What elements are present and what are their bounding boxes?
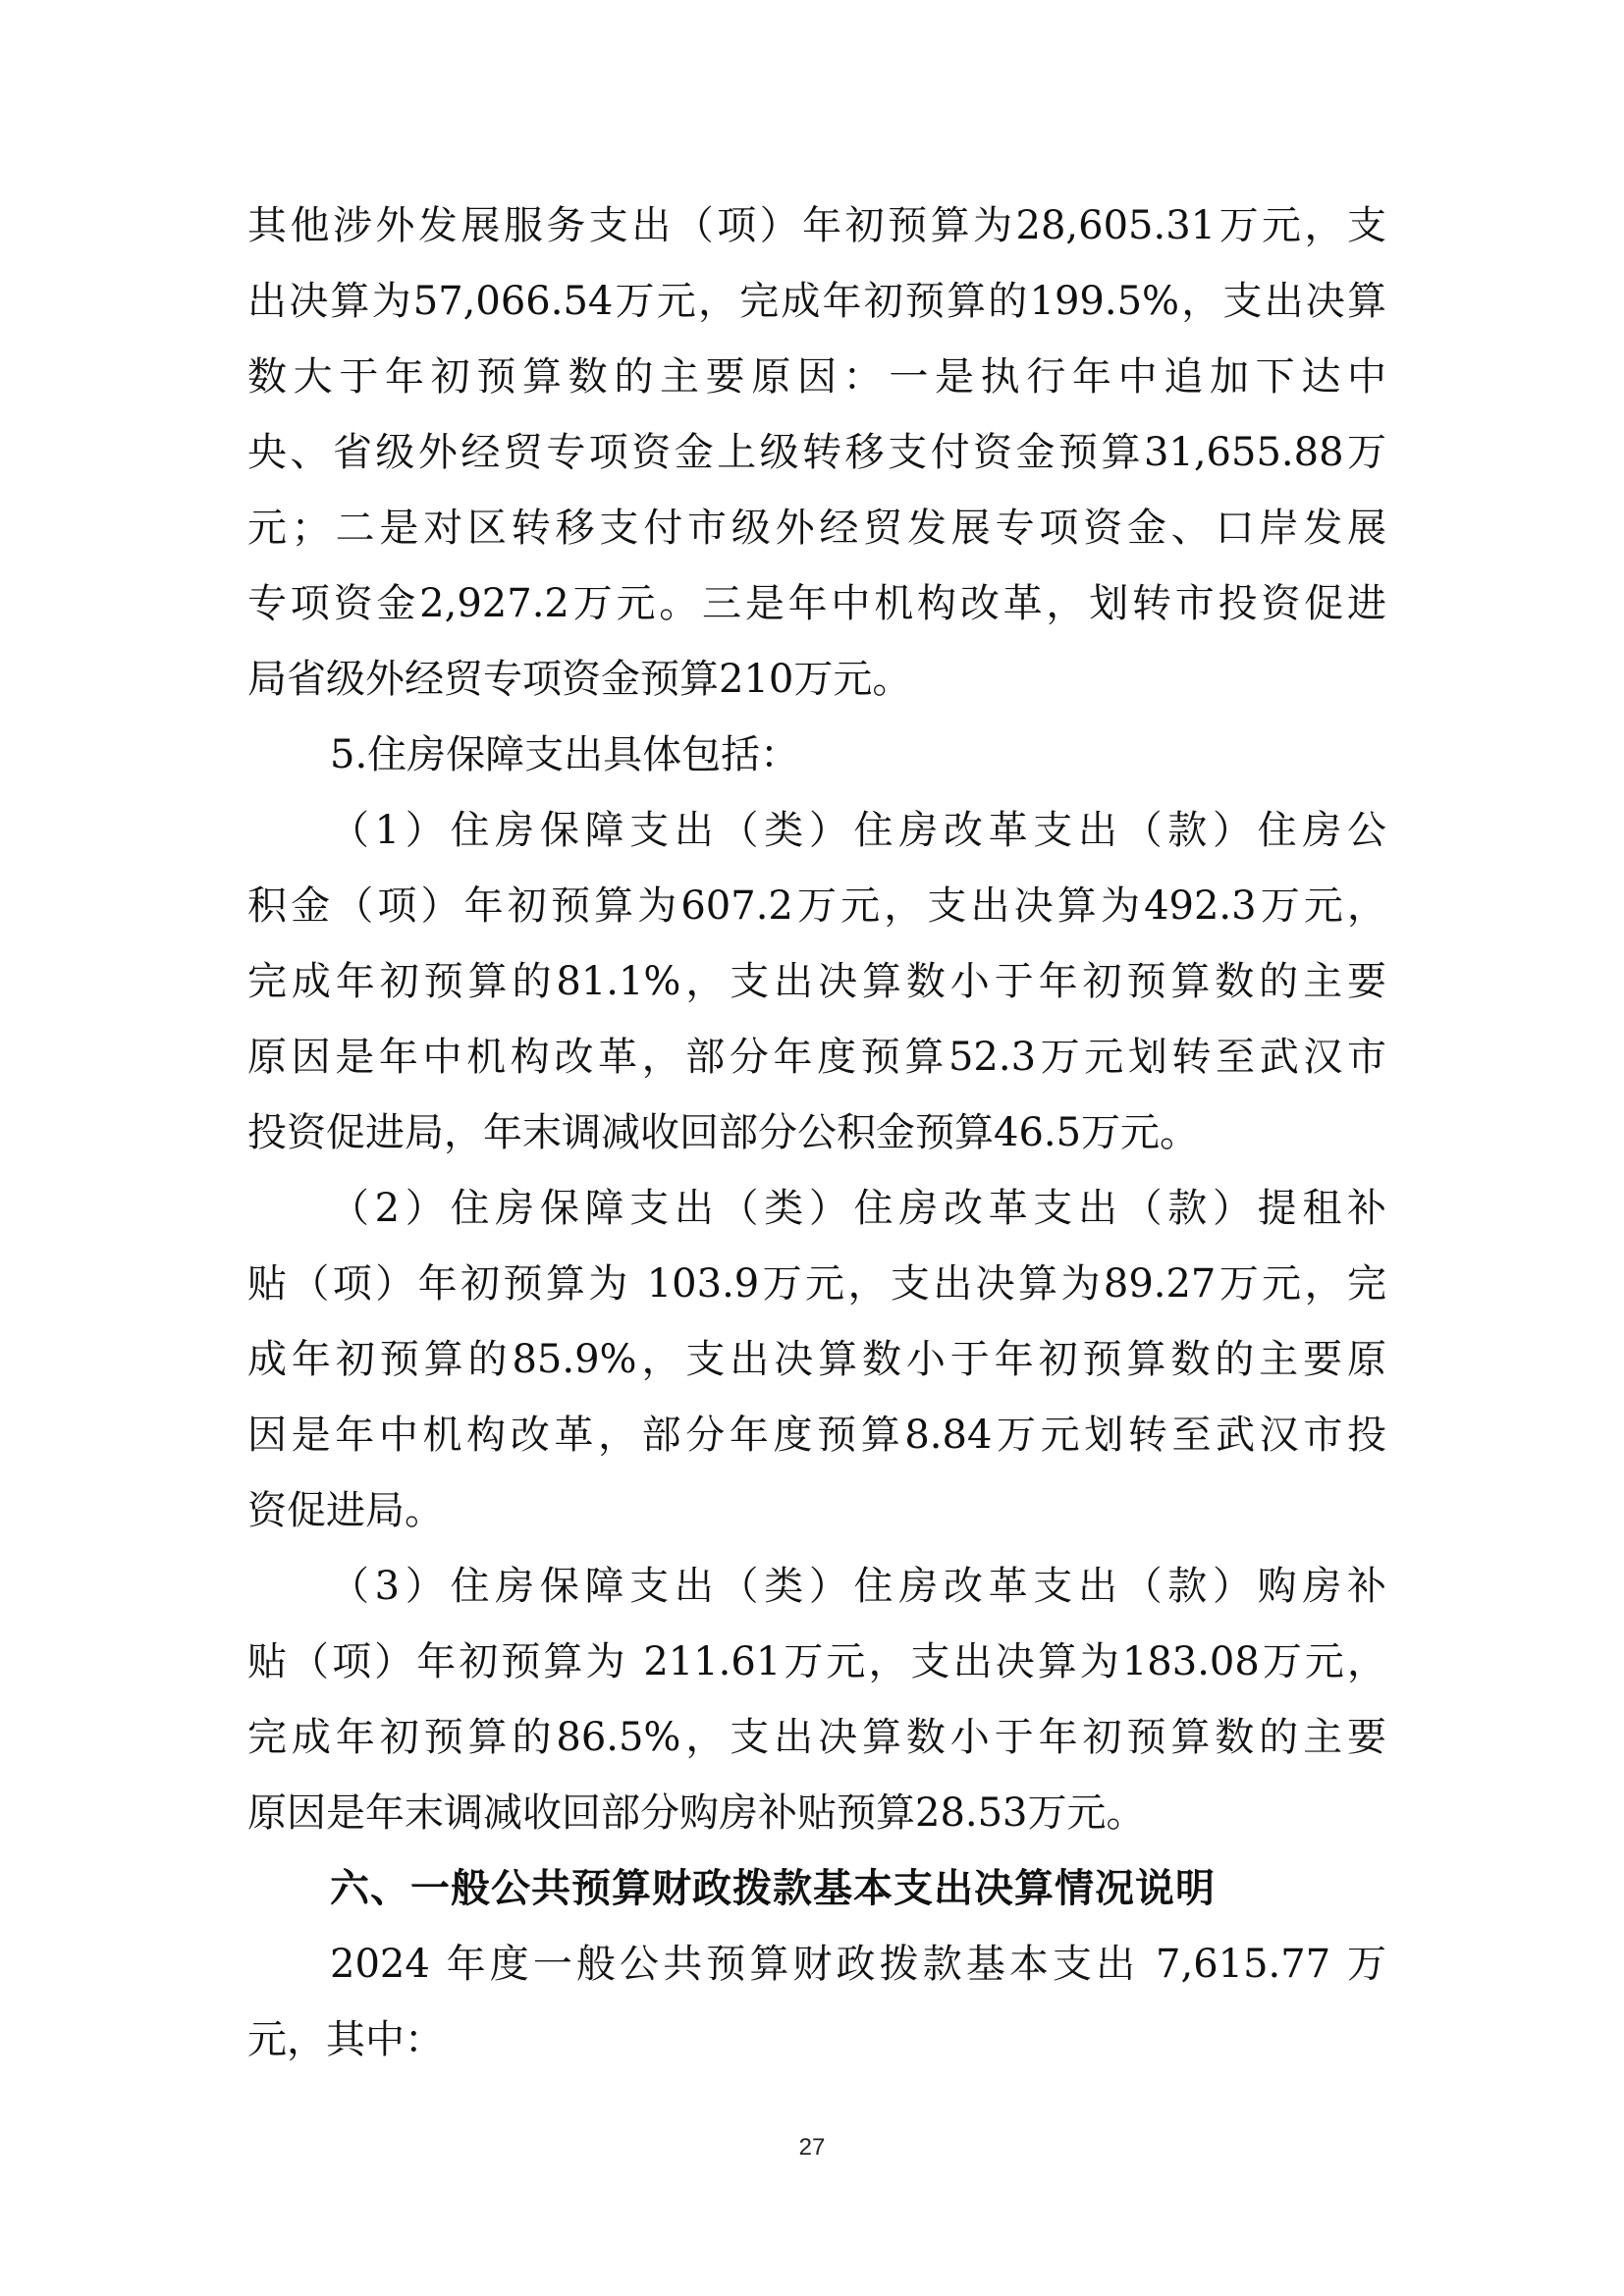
text-line: 专项资金2,927.2万元。三是年中机构改革，划转市投资促进: [247, 573, 1386, 634]
text-line: 央、省级外经贸专项资金上级转移支付资金预算31,655.88万: [247, 422, 1386, 483]
text-line: 投资促进局，年末调减收回部分公积金预算46.5万元。: [247, 1102, 1386, 1163]
text-line: （2）住房保障支出（类）住房改革支出（款）提租补: [330, 1178, 1386, 1239]
text-line: 元；二是对区转移支付市级外经贸发展专项资金、口岸发展: [247, 498, 1386, 559]
text-line: 数大于年初预算数的主要原因：一是执行年中追加下达中: [247, 347, 1386, 407]
text-line: （1）住房保障支出（类）住房改革支出（款）住房公: [330, 800, 1386, 861]
text-line: 积金（项）年初预算为607.2万元，支出决算为492.3万元，: [247, 876, 1386, 936]
page-number: 27: [0, 2134, 1624, 2162]
text-line: 原因是年末调减收回部分购房补贴预算28.53万元。: [247, 1783, 1386, 1843]
text-line: 贴（项）年初预算为 211.61万元，支出决算为183.08万元，: [247, 1631, 1386, 1692]
section-title: 六、一般公共预算财政拨款基本支出决算情况说明: [330, 1858, 1386, 1919]
text-line: 资促进局。: [247, 1480, 1386, 1541]
text-line: （3）住房保障支出（类）住房改革支出（款）购房补: [330, 1556, 1386, 1617]
text-line: 贴（项）年初预算为 103.9万元，支出决算为89.27万元，完: [247, 1254, 1386, 1314]
text-line: 原因是年中机构改革，部分年度预算52.3万元划转至武汉市: [247, 1027, 1386, 1088]
text-line: 2024 年度一般公共预算财政拨款基本支出 7,615.77 万: [330, 1934, 1386, 1995]
subsection-title: 5.住房保障支出具体包括：: [330, 724, 1386, 785]
text-line: 其他涉外发展服务支出（项）年初预算为28,605.31万元，支: [247, 195, 1386, 256]
text-line: 成年初预算的85.9%，支出决算数小于年初预算数的主要原: [247, 1329, 1386, 1390]
text-line: 因是年中机构改革，部分年度预算8.84万元划转至武汉市投: [247, 1405, 1386, 1466]
document-page: 其他涉外发展服务支出（项）年初预算为28,605.31万元，支 出决算为57,0…: [0, 0, 1624, 2296]
text-line: 完成年初预算的86.5%，支出决算数小于年初预算数的主要: [247, 1707, 1386, 1768]
text-line: 完成年初预算的81.1%，支出决算数小于年初预算数的主要: [247, 951, 1386, 1012]
text-line: 元，其中：: [247, 2009, 1386, 2070]
text-line: 出决算为57,066.54万元，完成年初预算的199.5%，支出决算: [247, 271, 1386, 332]
text-line: 局省级外经贸专项资金预算210万元。: [247, 649, 1386, 710]
